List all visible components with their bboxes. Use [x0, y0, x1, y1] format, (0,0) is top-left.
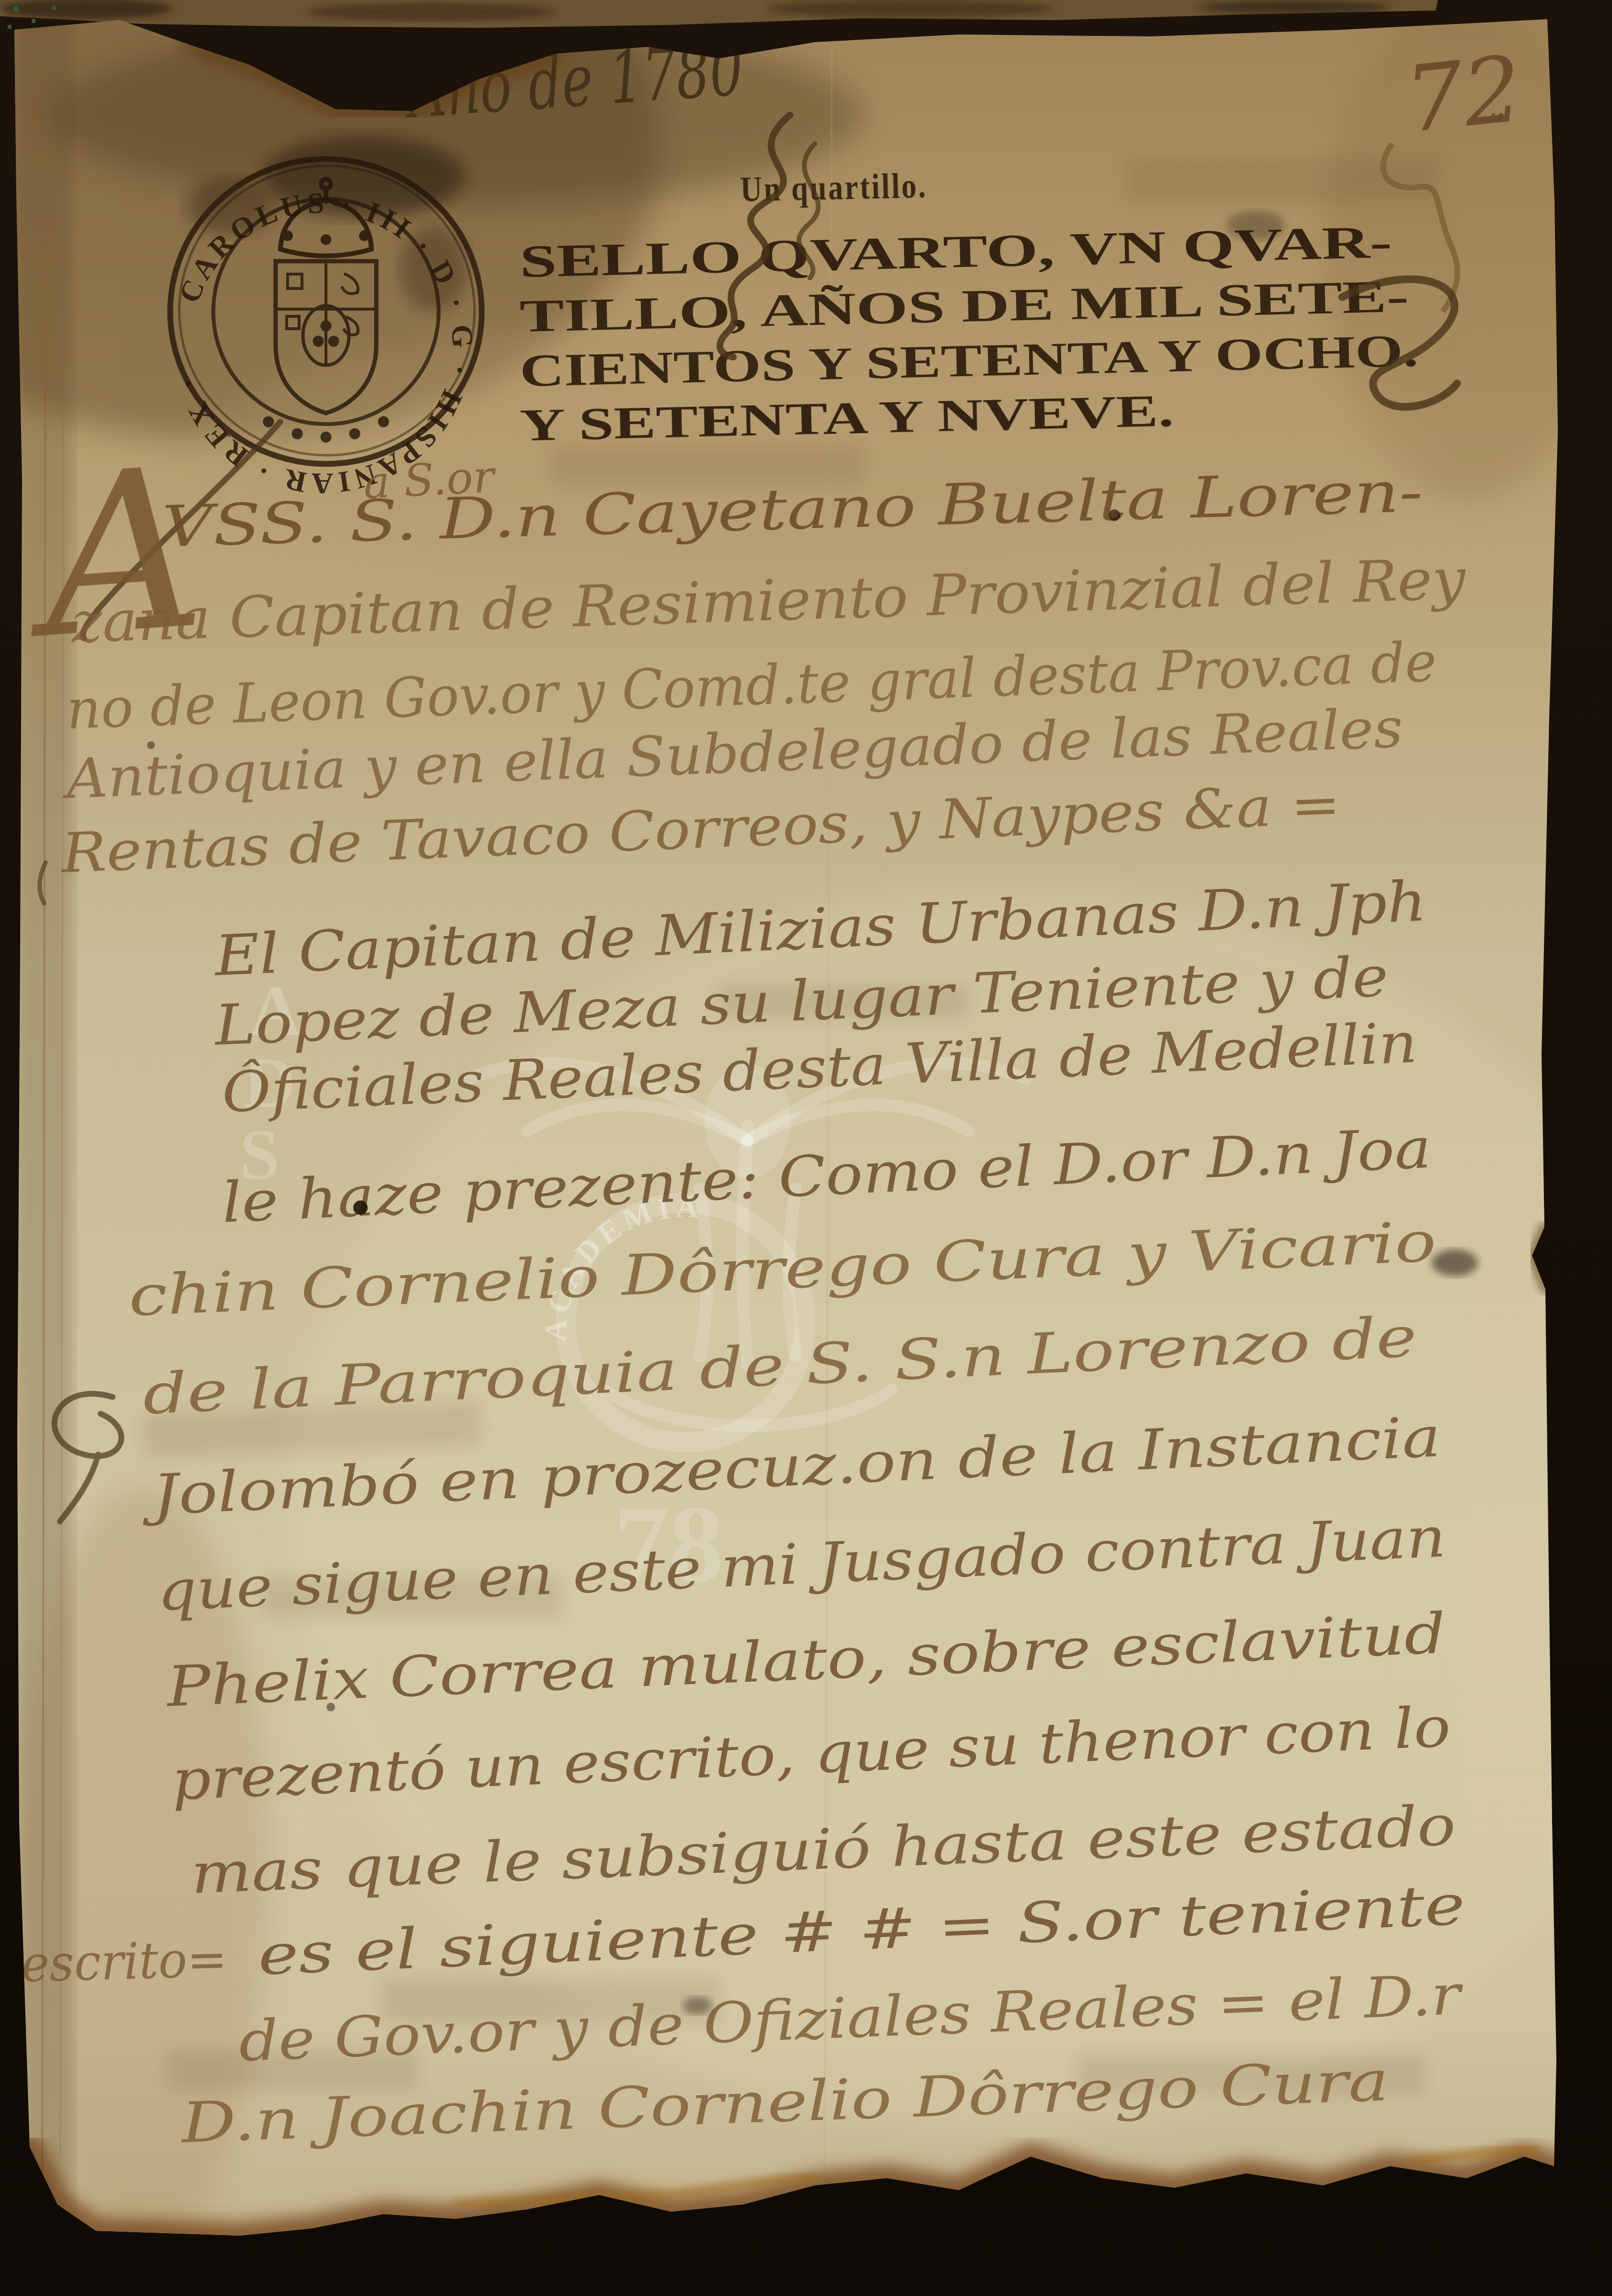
folio-number: 72 — [1401, 36, 1527, 153]
folio-mark: „ — [1486, 82, 1506, 127]
paper: ACADEMIA A D S 78 CAROLUS · III · D · G … — [0, 0, 1612, 2296]
margin-note: escrito= — [20, 1930, 228, 1994]
manuscript-scan-svg: ACADEMIA A D S 78 CAROLUS · III · D · G … — [0, 0, 1612, 2296]
seal-ink-blotch — [264, 136, 465, 217]
scanned-document-photo: ACADEMIA A D S 78 CAROLUS · III · D · G … — [0, 0, 1612, 2296]
